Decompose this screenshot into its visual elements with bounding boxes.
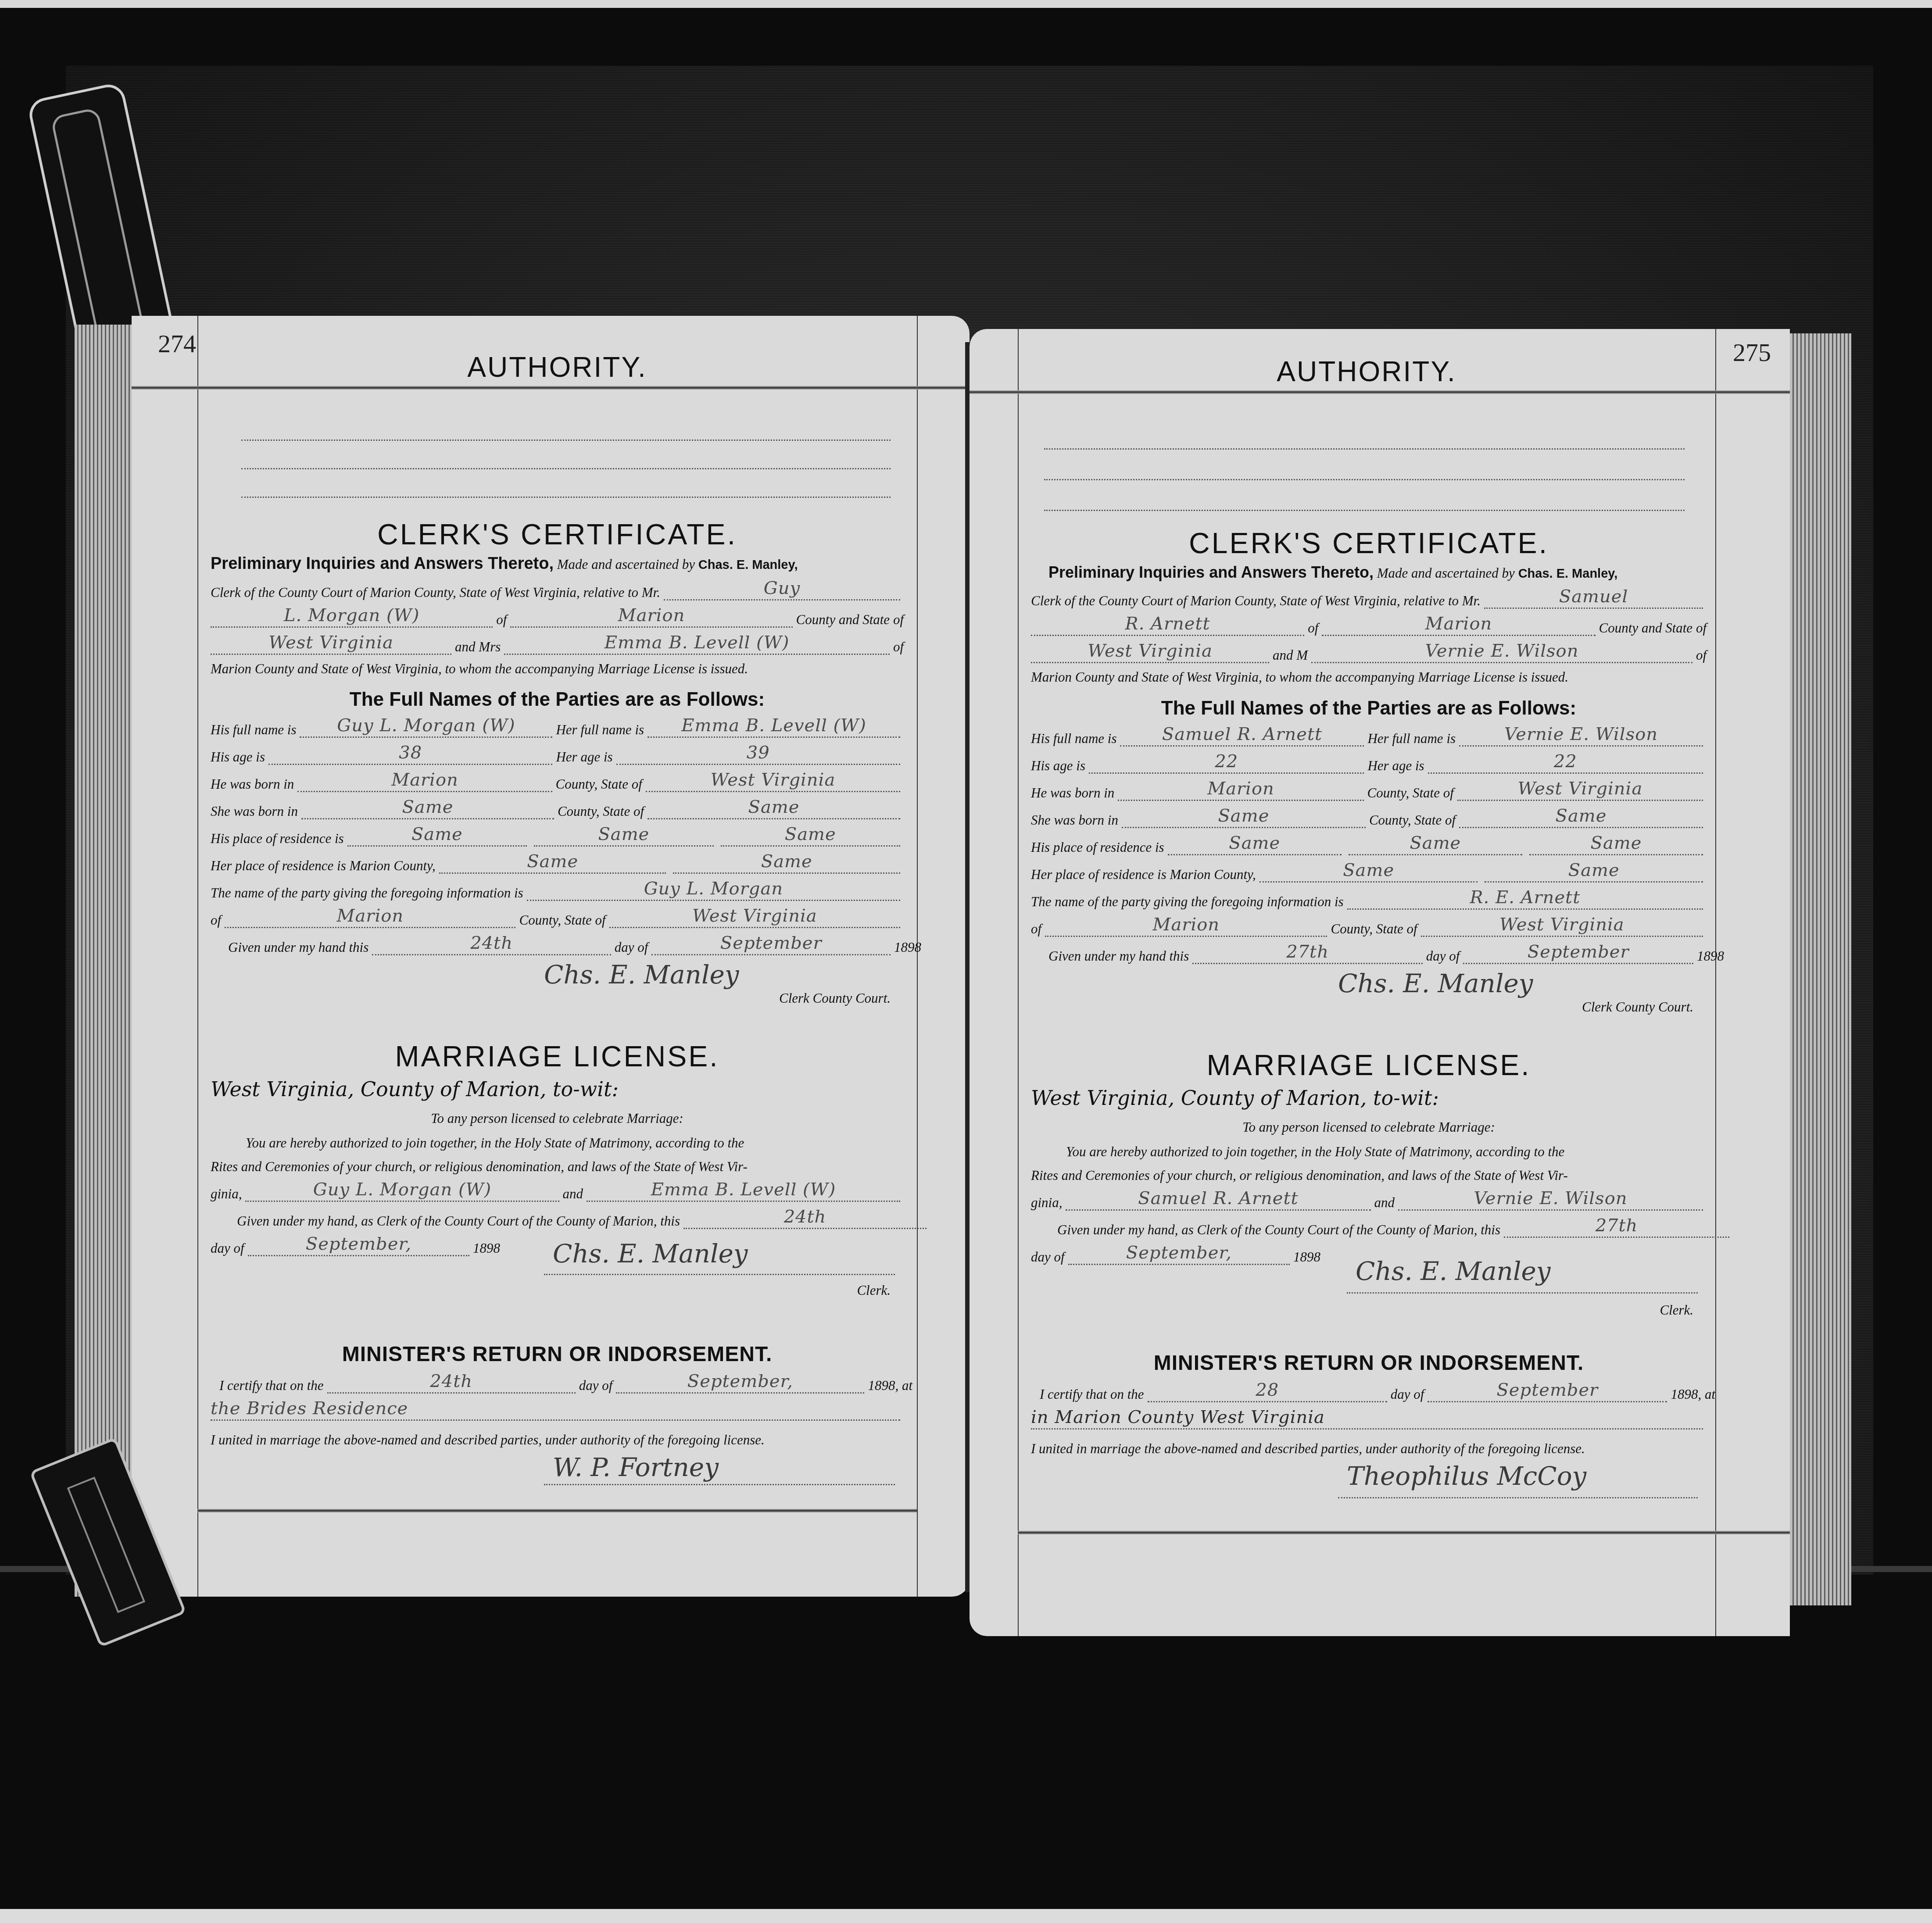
clerk-of-court-text: Clerk of the County Court of Marion Coun… — [1031, 593, 1481, 609]
she-born-row: She was born in Same County, State of Sa… — [211, 792, 904, 819]
license-month-field: September, — [1068, 1244, 1290, 1265]
his-residence-field: Same — [347, 826, 527, 847]
his-full-name-label: His full name is — [1031, 731, 1116, 747]
she-born: Same — [1218, 806, 1269, 826]
minister-signature-block: W. P. Fortney — [211, 1448, 904, 1501]
location-field: in Marion County West Virginia — [1031, 1409, 1703, 1430]
page-edges-left — [75, 325, 136, 1597]
her-residence-row: Her place of residence is Marion County,… — [211, 847, 904, 874]
clerk-title: Clerk County Court. — [1582, 999, 1693, 1015]
her-age: 22 — [1554, 751, 1577, 772]
clerk-certificate-heading: CLERK'S CERTIFICATE. — [1031, 526, 1707, 560]
ages-row: His age is 38 Her age is 39 — [211, 738, 904, 765]
authority-blank-line — [241, 496, 891, 498]
given-label: Given under my hand this — [228, 940, 369, 955]
mrs-name-value: Vernie E. Wilson — [1425, 641, 1579, 661]
license-clerk-signature-block: Chs. E. Manley Clerk. — [211, 1256, 904, 1309]
certify-row: I certify that on the 28 day of Septembe… — [1031, 1375, 1715, 1402]
her-age-label: Her age is — [556, 749, 612, 765]
she-born-state-field: Same — [648, 799, 900, 819]
her-residence-label: Her place of residence is Marion County, — [1031, 867, 1256, 883]
informant-location-row: of Marion County, State of West Virginia — [1031, 910, 1707, 937]
and-mrs-label: and Mrs — [455, 639, 501, 655]
he-born-row: He was born in Marion County, State of W… — [1031, 774, 1707, 801]
photo-top-border — [0, 0, 1932, 8]
marriage-license-heading: MARRIAGE LICENSE. — [1031, 1048, 1707, 1082]
license-year: 1898 — [1293, 1249, 1320, 1265]
she-born-label: She was born in — [1031, 812, 1118, 828]
minister-return-heading: MINISTER'S RETURN OR INDORSEMENT. — [1031, 1351, 1707, 1375]
his-age: 22 — [1215, 751, 1238, 772]
given-day-field: 24th — [372, 935, 611, 955]
license-names-row: ginia, Samuel R. Arnett and Vernie E. Wi… — [1031, 1183, 1707, 1211]
her-full-name-field: Vernie E. Wilson — [1459, 726, 1703, 747]
parties-heading: The Full Names of the Parties are as Fol… — [1031, 697, 1707, 719]
authority-heading: AUTHORITY. — [1018, 355, 1715, 388]
informant-row: The name of the party giving the foregoi… — [211, 874, 904, 901]
county-state-label: County, State of — [1369, 812, 1456, 828]
minister-signature-block: Theophilus McCoy — [1031, 1457, 1707, 1518]
of-county-field: Marion — [1322, 615, 1595, 636]
mrs-name-field: Vernie E. Wilson — [1311, 643, 1692, 663]
clerk-certificate-section: CLERK'S CERTIFICATE. Preliminary Inquiri… — [211, 518, 904, 677]
mr-name-part1: Samuel — [1559, 586, 1628, 607]
given-day: 24th — [470, 933, 513, 953]
she-born-label: She was born in — [211, 804, 298, 819]
header-rule — [132, 386, 970, 390]
his-age-label: His age is — [1031, 758, 1085, 774]
of-county-field: Marion — [510, 607, 792, 628]
license-day-field: 24th — [683, 1208, 927, 1229]
her-residence-2: Same — [761, 851, 812, 872]
she-born-state: Same — [1556, 806, 1607, 826]
her-full-name: Emma B. Levell (W) — [681, 715, 866, 736]
his-full-name-field: Samuel R. Arnett — [1120, 726, 1364, 747]
signature-line — [1347, 1291, 1698, 1294]
given-day-field: 27th — [1192, 944, 1423, 964]
full-names-row: His full name is Guy L. Morgan (W) Her f… — [211, 711, 904, 738]
certify-month-field: September, — [616, 1373, 864, 1394]
his-full-name-label: His full name is — [211, 722, 296, 738]
and-mrs-label: and M — [1273, 647, 1308, 663]
day-of-label: day of — [1391, 1387, 1424, 1402]
jurisdiction: West Virginia, County of Marion, to-wit: — [211, 1077, 904, 1101]
certify-label: I certify that on the — [219, 1378, 324, 1394]
license-bride-field: Vernie E. Wilson — [1398, 1190, 1703, 1211]
day-of-label: day of — [211, 1240, 244, 1256]
his-residence-row: His place of residence is Same Same Same — [1031, 828, 1707, 855]
county-state-label: County and State of — [1599, 620, 1707, 636]
license-groom: Guy L. Morgan (W) — [313, 1180, 491, 1200]
signature-line — [1338, 1496, 1698, 1498]
clerk-certificate-heading: CLERK'S CERTIFICATE. — [211, 518, 904, 551]
informant-of-label: of — [1031, 921, 1041, 937]
his-residence-2: Same — [1410, 833, 1461, 853]
given-month: September — [1528, 942, 1629, 962]
certify-day: 24th — [430, 1371, 472, 1391]
her-residence-field: Same — [673, 853, 900, 874]
license-groom: Samuel R. Arnett — [1138, 1188, 1298, 1208]
salutation: To any person licensed to celebrate Marr… — [1031, 1119, 1707, 1135]
day-of-label: day of — [579, 1378, 613, 1394]
clerk-of-court-text: Clerk of the County Court of Marion Coun… — [211, 585, 660, 600]
certify-month: September, — [687, 1371, 793, 1391]
location-value: in Marion County West Virginia — [1031, 1407, 1325, 1427]
she-born-row: She was born in Same County, State of Sa… — [1031, 801, 1707, 828]
mrs-name-field: Emma B. Levell (W) — [504, 634, 890, 655]
license-bride: Emma B. Levell (W) — [651, 1180, 836, 1200]
mr-name-cont-field: R. Arnett — [1031, 615, 1304, 636]
informant-state-label: County, State of — [519, 912, 605, 928]
full-names-row: His full name is Samuel R. Arnett Her fu… — [1031, 719, 1707, 747]
ledger-page-left: 274 AUTHORITY. CLERK'S CERTIFICATE. Prel… — [132, 316, 970, 1597]
her-full-name-label: Her full name is — [1367, 731, 1456, 747]
his-full-name-field: Guy L. Morgan (W) — [300, 717, 552, 738]
jurisdiction: West Virginia, County of Marion, to-wit: — [1031, 1086, 1707, 1110]
prelim-bold: Preliminary Inquiries and Answers Theret… — [1048, 563, 1374, 581]
state-value: West Virginia — [268, 633, 394, 653]
informant-state-field: West Virginia — [609, 908, 900, 928]
county-state-label: County, State of — [556, 776, 642, 792]
certify-row: I certify that on the 24th day of Septem… — [211, 1366, 912, 1394]
he-born-state: West Virginia — [711, 770, 836, 790]
of-label: of — [496, 612, 507, 628]
given-label: Given under my hand this — [1048, 948, 1189, 964]
license-month: September, — [306, 1234, 411, 1254]
license-date-row: day of September, 1898 — [1031, 1238, 1320, 1265]
minister-signature: W. P. Fortney — [553, 1452, 719, 1482]
groom-county-line: R. Arnett of Marion County and State of — [1031, 609, 1707, 636]
given-row: Given under my hand this 24th day of Sep… — [211, 928, 921, 955]
certify-day-field: 24th — [327, 1373, 576, 1394]
day-of-label: day of — [1031, 1249, 1065, 1265]
marriage-license-heading: MARRIAGE LICENSE. — [211, 1040, 904, 1073]
certify-month: September — [1496, 1380, 1598, 1400]
she-born: Same — [402, 797, 453, 817]
clerk-certificate-section: CLERK'S CERTIFICATE. Preliminary Inquiri… — [1031, 526, 1707, 685]
ginia-label: ginia, — [1031, 1195, 1062, 1211]
license-given-row: Given under my hand, as Clerk of the Cou… — [1031, 1211, 1733, 1238]
his-residence-2: Same — [598, 824, 649, 844]
his-residence-1: Same — [1229, 833, 1280, 853]
his-full-name: Samuel R. Arnett — [1162, 724, 1322, 744]
clerk-label: Clerk. — [1660, 1302, 1693, 1318]
ledger-page-right: 275 AUTHORITY. CLERK'S CERTIFICATE. Prel… — [970, 329, 1790, 1636]
informant-field: R. E. Arnett — [1347, 889, 1703, 910]
location-field: the Brides Residence — [211, 1400, 900, 1421]
his-residence-field: Same — [1529, 835, 1703, 855]
given-year: 1898 — [1697, 948, 1724, 964]
location-value: the Brides Residence — [211, 1398, 408, 1419]
bride-line: West Virginia and M Vernie E. Wilson of — [1031, 636, 1707, 663]
his-residence-field: Same — [721, 826, 900, 847]
informant-state-field: West Virginia — [1421, 916, 1703, 937]
margin-rule-left — [197, 316, 198, 1597]
informant-name: R. E. Arnett — [1470, 887, 1580, 908]
clerk-signature-block: Chs. E. Manley Clerk County Court. — [211, 955, 904, 1012]
license-given-text: Given under my hand, as Clerk of the Cou… — [237, 1213, 680, 1229]
signature-line — [544, 1273, 895, 1275]
margin-rule-left — [1018, 329, 1019, 1636]
his-residence-label: His place of residence is — [211, 831, 344, 847]
license-day: 24th — [784, 1207, 826, 1227]
her-residence-1: Same — [527, 851, 578, 872]
her-residence-label: Her place of residence is Marion County, — [211, 858, 436, 874]
she-born-state-field: Same — [1459, 808, 1703, 828]
license-groom-field: Samuel R. Arnett — [1066, 1190, 1370, 1211]
clerk-label: Clerk. — [857, 1283, 891, 1298]
certify-day: 28 — [1256, 1380, 1279, 1400]
license-body-2: Rites and Ceremonies of your church, or … — [211, 1159, 904, 1175]
informant-name: Guy L. Morgan — [644, 879, 783, 899]
page-edges-right — [1790, 333, 1851, 1605]
minister-return-heading: MINISTER'S RETURN OR INDORSEMENT. — [211, 1342, 904, 1366]
ginia-label: ginia, — [211, 1186, 242, 1202]
and-label: and — [563, 1186, 583, 1202]
margin-rule-right — [917, 316, 918, 1597]
license-clerk-signature: Chs. E. Manley — [1356, 1256, 1551, 1286]
mr-name-part1: Guy — [764, 578, 800, 598]
and-label: and — [1374, 1195, 1395, 1211]
of-end-label: of — [893, 639, 904, 655]
license-clerk-signature-block: Chs. E. Manley Clerk. — [1031, 1265, 1707, 1326]
she-born-field: Same — [1122, 808, 1366, 828]
informant-county-field: Marion — [1045, 916, 1327, 937]
his-full-name: Guy L. Morgan (W) — [337, 715, 515, 736]
issued-line: Marion County and State of West Virginia… — [1031, 669, 1707, 685]
groom-county-line: L. Morgan (W) of Marion County and State… — [211, 600, 904, 628]
mr-name-cont-field: L. Morgan (W) — [211, 607, 493, 628]
his-residence-label: His place of residence is — [1031, 840, 1164, 855]
header-rule — [970, 390, 1790, 394]
made-by: Made and ascertained by — [557, 557, 695, 572]
informant-county-field: Marion — [225, 908, 515, 928]
day-of-label: day of — [615, 940, 648, 955]
he-born-state-field: West Virginia — [646, 772, 900, 792]
license-bride-field: Emma B. Levell (W) — [587, 1181, 900, 1202]
informant-label: The name of the party giving the foregoi… — [211, 885, 523, 901]
informant-county: Marion — [337, 906, 404, 926]
location-row: in Marion County West Virginia — [1031, 1402, 1707, 1430]
mr-name-field: Guy — [664, 580, 900, 600]
he-born-state: West Virginia — [1518, 779, 1643, 799]
page-number: 274 — [158, 329, 196, 358]
of-county-value: Marion — [1425, 614, 1492, 634]
his-age-label: His age is — [211, 749, 265, 765]
authority-heading: AUTHORITY. — [197, 351, 917, 383]
mr-name-field: Samuel — [1484, 588, 1703, 609]
his-residence-3: Same — [785, 824, 836, 844]
given-year: 1898 — [894, 940, 921, 955]
he-born-state-field: West Virginia — [1457, 780, 1703, 801]
page-number: 275 — [1733, 338, 1771, 367]
his-residence-field: Same — [1349, 835, 1522, 855]
location-row: the Brides Residence — [211, 1394, 904, 1421]
license-clerk-signature: Chs. E. Manley — [553, 1239, 748, 1269]
informant-label: The name of the party giving the foregoi… — [1031, 894, 1344, 910]
made-by: Made and ascertained by — [1377, 565, 1515, 581]
certify-year: 1898, at — [868, 1378, 912, 1394]
certify-year: 1898, at — [1671, 1387, 1715, 1402]
license-bride: Vernie E. Wilson — [1474, 1188, 1628, 1208]
he-born-row: He was born in Marion County, State of W… — [211, 765, 904, 792]
parties-section: The Full Names of the Parties are as Fol… — [211, 689, 904, 1012]
her-residence-row: Her place of residence is Marion County,… — [1031, 855, 1707, 883]
signature-line — [544, 1483, 895, 1485]
clerk-signature-block: Chs. E. Manley Clerk County Court. — [1031, 964, 1707, 1021]
he-born: Marion — [391, 770, 458, 790]
she-born-state: Same — [748, 797, 800, 817]
he-born-label: He was born in — [211, 776, 294, 792]
her-age: 39 — [747, 743, 770, 763]
county-state-label: County and State of — [796, 612, 904, 628]
margin-rule-right — [1715, 329, 1716, 1636]
license-day: 27th — [1596, 1215, 1638, 1236]
authority-blank-line — [1044, 478, 1685, 480]
informant-state: West Virginia — [1499, 915, 1624, 935]
license-body-1: You are hereby authorized to join togeth… — [1031, 1144, 1707, 1160]
footer-rule — [197, 1509, 917, 1512]
relative-line: Clerk of the County Court of Marion Coun… — [1031, 582, 1707, 609]
license-date-row: day of September, 1898 — [211, 1229, 500, 1256]
license-body-1: You are hereby authorized to join togeth… — [211, 1135, 904, 1151]
county-state-label: County, State of — [1367, 785, 1454, 801]
informant-field: Guy L. Morgan — [527, 880, 900, 901]
she-born-field: Same — [301, 799, 554, 819]
of-county-value: Marion — [618, 605, 685, 626]
her-age-field: 39 — [616, 744, 900, 765]
united-text: I united in marriage the above-named and… — [1031, 1441, 1707, 1457]
informant-state: West Virginia — [692, 906, 817, 926]
certify-month-field: September — [1428, 1382, 1667, 1402]
mrs-name-value: Emma B. Levell (W) — [605, 633, 790, 653]
license-body-2: Rites and Ceremonies of your church, or … — [1031, 1168, 1707, 1183]
her-residence-2: Same — [1568, 860, 1620, 880]
her-age-label: Her age is — [1367, 758, 1424, 774]
his-age-field: 22 — [1089, 753, 1364, 774]
license-month-field: September, — [248, 1236, 469, 1256]
salutation: To any person licensed to celebrate Marr… — [211, 1111, 904, 1126]
her-residence-field: Same — [1259, 862, 1478, 883]
he-born-label: He was born in — [1031, 785, 1114, 801]
mr-name-part2: L. Morgan (W) — [284, 605, 419, 626]
he-born-field: Marion — [297, 772, 552, 792]
given-month-field: September — [651, 935, 891, 955]
state-field: West Virginia — [211, 634, 451, 655]
united-text: I united in marriage the above-named and… — [211, 1432, 904, 1448]
license-given-text: Given under my hand, as Clerk of the Cou… — [1057, 1222, 1500, 1238]
license-names-row: ginia, Guy L. Morgan (W) and Emma B. Lev… — [211, 1175, 904, 1202]
informant-state-label: County, State of — [1331, 921, 1417, 937]
minister-return-section: MINISTER'S RETURN OR INDORSEMENT. I cert… — [211, 1342, 904, 1501]
parties-heading: The Full Names of the Parties are as Fol… — [211, 689, 904, 711]
of-end-label: of — [1696, 647, 1707, 663]
of-label: of — [1308, 620, 1318, 636]
her-full-name: Vernie E. Wilson — [1504, 724, 1658, 744]
prelim-line: Preliminary Inquiries and Answers Theret… — [1031, 563, 1707, 582]
her-residence-field: Same — [439, 853, 666, 874]
informant-location-row: of Marion County, State of West Virginia — [211, 901, 904, 928]
ages-row: His age is 22 Her age is 22 — [1031, 747, 1707, 774]
certify-label: I certify that on the — [1040, 1387, 1144, 1402]
state-value: West Virginia — [1088, 641, 1213, 661]
license-month: September, — [1126, 1243, 1232, 1263]
her-full-name-label: Her full name is — [556, 722, 644, 738]
his-age: 38 — [399, 743, 422, 763]
authority-blank-line — [241, 439, 891, 441]
license-day-field: 27th — [1504, 1217, 1729, 1238]
prelim-line: Preliminary Inquiries and Answers Theret… — [211, 554, 904, 573]
given-month: September — [720, 933, 822, 953]
his-residence-1: Same — [411, 824, 463, 844]
her-age-field: 22 — [1428, 753, 1703, 774]
certify-day-field: 28 — [1148, 1382, 1387, 1402]
state-field: West Virginia — [1031, 643, 1269, 663]
his-residence-3: Same — [1591, 833, 1642, 853]
footer-rule — [1018, 1531, 1790, 1534]
prelim-bold: Preliminary Inquiries and Answers Theret… — [211, 554, 554, 573]
clerk-title: Clerk County Court. — [779, 990, 891, 1006]
clerk-name-printed: Chas. E. Manley, — [1518, 567, 1618, 581]
clerk-signature: Chs. E. Manley — [1338, 969, 1533, 998]
informant-county: Marion — [1153, 915, 1220, 935]
he-born: Marion — [1207, 779, 1274, 799]
bride-line: West Virginia and Mrs Emma B. Levell (W)… — [211, 628, 904, 655]
license-year: 1898 — [473, 1240, 500, 1256]
parties-section: The Full Names of the Parties are as Fol… — [1031, 697, 1707, 1021]
authority-blank-line — [1044, 447, 1685, 450]
marriage-license-section: MARRIAGE LICENSE. West Virginia, County … — [211, 1040, 904, 1309]
county-state-label: County, State of — [558, 804, 644, 819]
given-month-field: September — [1463, 944, 1693, 964]
her-full-name-field: Emma B. Levell (W) — [648, 717, 900, 738]
his-residence-field: Same — [534, 826, 713, 847]
license-given-row: Given under my hand, as Clerk of the Cou… — [211, 1202, 930, 1229]
photo-bottom-border — [0, 1909, 1932, 1923]
her-residence-1: Same — [1343, 860, 1394, 880]
informant-of-label: of — [211, 912, 221, 928]
his-age-field: 38 — [268, 744, 552, 765]
her-residence-field: Same — [1485, 862, 1703, 883]
his-residence-row: His place of residence is Same Same Same — [211, 819, 904, 847]
given-day: 27th — [1286, 942, 1329, 962]
given-row: Given under my hand this 27th day of Sep… — [1031, 937, 1724, 964]
minister-return-section: MINISTER'S RETURN OR INDORSEMENT. I cert… — [1031, 1351, 1707, 1518]
marriage-license-section: MARRIAGE LICENSE. West Virginia, County … — [1031, 1048, 1707, 1326]
authority-blank-line — [1044, 509, 1685, 511]
day-of-label: day of — [1426, 948, 1460, 964]
clerk-signature: Chs. E. Manley — [544, 960, 739, 990]
clerk-name-printed: Chas. E. Manley, — [698, 558, 798, 572]
license-groom-field: Guy L. Morgan (W) — [245, 1181, 559, 1202]
informant-row: The name of the party giving the foregoi… — [1031, 883, 1707, 910]
minister-signature: Theophilus McCoy — [1347, 1461, 1586, 1491]
he-born-field: Marion — [1118, 780, 1363, 801]
authority-blank-line — [241, 467, 891, 469]
his-residence-field: Same — [1168, 835, 1342, 855]
mr-name-part2: R. Arnett — [1125, 614, 1210, 634]
issued-line: Marion County and State of West Virginia… — [211, 661, 904, 677]
relative-line: Clerk of the County Court of Marion Coun… — [211, 573, 904, 600]
